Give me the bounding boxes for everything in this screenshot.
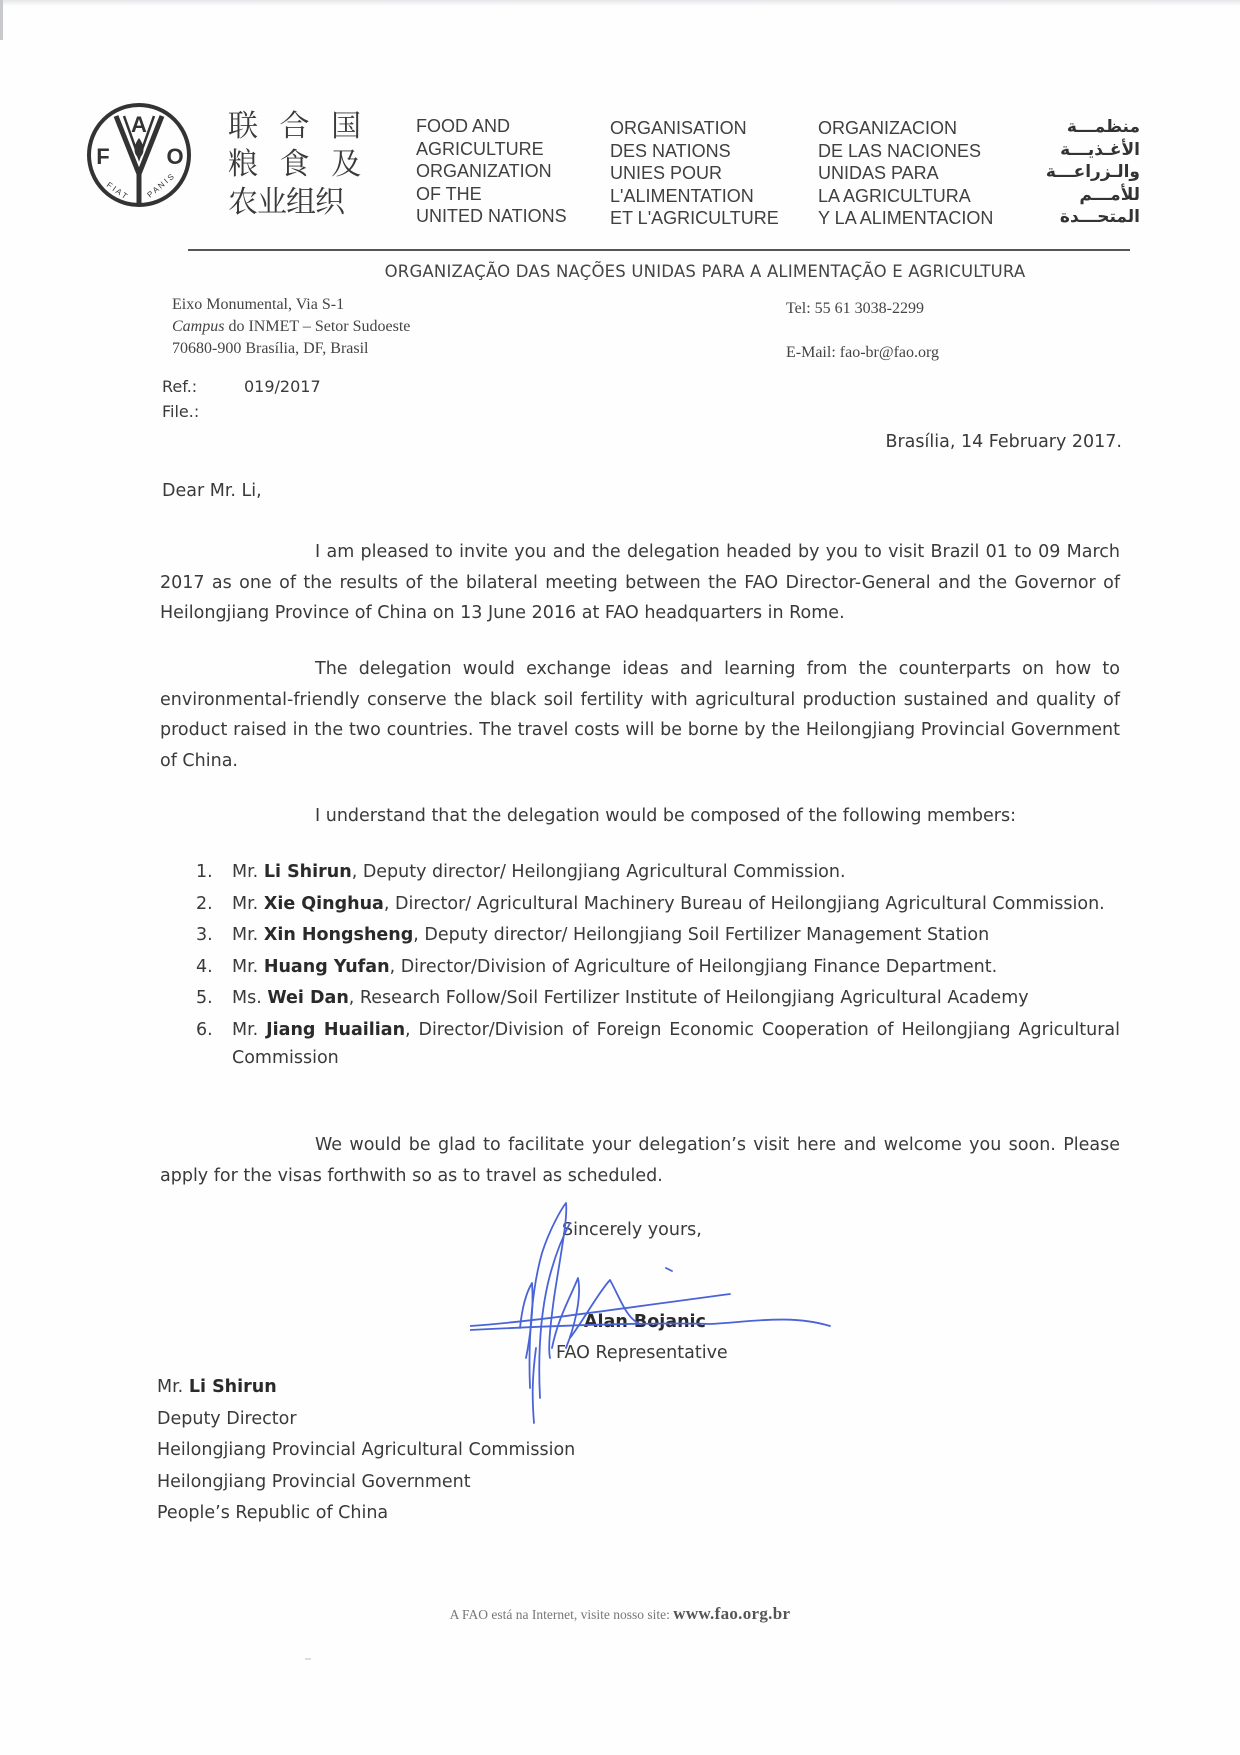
scan-edge-left — [0, 0, 3, 40]
fao-logo-icon: A F O F I A T P A N I S — [86, 102, 192, 208]
letter-footer: A FAO está na Internet, visite nosso sit… — [0, 1604, 1240, 1624]
website-link[interactable]: www.fao.org.br — [673, 1604, 790, 1623]
paragraph-purpose: The delegation would exchange ideas and … — [160, 654, 1120, 776]
salutation: Dear Mr. Li, — [162, 481, 262, 501]
ref-label: Ref.: — [162, 377, 197, 396]
ref-value: 019/2017 — [244, 374, 321, 399]
list-item: 1.Mr. Li Shirun, Deputy director/ Heilon… — [160, 858, 1120, 886]
paragraph-closing: We would be glad to facilitate your dele… — [160, 1130, 1120, 1191]
letter-date: Brasília, 14 February 2017. — [885, 432, 1122, 452]
member-name: Wei Dan — [267, 988, 348, 1008]
recipient-block: Mr. Li Shirun Deputy Director Heilongjia… — [157, 1372, 575, 1530]
letterhead-divider — [188, 249, 1130, 251]
office-phone: Tel: 55 61 3038-2299 — [786, 300, 924, 318]
delegation-member-list: 1.Mr. Li Shirun, Deputy director/ Heilon… — [160, 858, 1120, 1075]
svg-text:A: A — [131, 112, 147, 137]
member-name: Jiang Huailian — [266, 1020, 405, 1040]
org-name-english: FOOD AND AGRICULTURE ORGANIZATION OF THE… — [416, 115, 567, 228]
office-address: Eixo Monumental, Via S-1 Campus do INMET… — [172, 294, 410, 360]
scan-speck — [305, 1658, 311, 1660]
member-name: Xin Hongsheng — [264, 925, 413, 945]
office-email: E-Mail: fao-br@fao.org — [786, 344, 939, 362]
org-name-chinese: 联 合 国 粮 食 及 农业组织 — [228, 108, 367, 222]
list-item: 4.Mr. Huang Yufan, Director/Division of … — [160, 953, 1120, 981]
list-item: 6.Mr. Jiang Huailian, Director/Division … — [160, 1016, 1120, 1072]
campus-italic: Campus — [172, 318, 224, 335]
org-name-portuguese: ORGANIZAÇÃO DAS NAÇÕES UNIDAS PARA A ALI… — [0, 262, 1240, 281]
file-label: File.: — [162, 402, 199, 421]
reference-block: Ref.:019/2017 File.: — [162, 374, 199, 424]
svg-text:O: O — [166, 144, 183, 169]
paragraph-members-intro: I understand that the delegation would b… — [315, 801, 1115, 832]
list-item: 3.Mr. Xin Hongsheng, Deputy director/ He… — [160, 921, 1120, 949]
member-name: Huang Yufan — [264, 957, 390, 977]
svg-text:F: F — [96, 144, 109, 169]
letter-page: A F O F I A T P A N I S 联 合 国 粮 食 及 农业组织… — [0, 0, 1240, 1755]
org-name-french: ORGANISATION DES NATIONS UNIES POUR L'AL… — [610, 117, 779, 230]
scan-edge-top — [0, 0, 1240, 6]
paragraph-invitation: I am pleased to invite you and the deleg… — [160, 537, 1120, 629]
recipient-name: Li Shirun — [189, 1377, 277, 1397]
org-name-spanish: ORGANIZACION DE LAS NACIONES UNIDAS PARA… — [818, 117, 993, 230]
list-item: 2.Mr. Xie Qinghua, Director/ Agricultura… — [160, 890, 1120, 918]
member-name: Xie Qinghua — [264, 894, 384, 914]
member-name: Li Shirun — [264, 862, 352, 882]
org-name-arabic: منظمـــة الأغـذيـــة والـزراعـــة للأمــ… — [1030, 116, 1140, 229]
list-item: 5.Ms. Wei Dan, Research Follow/Soil Fert… — [160, 984, 1120, 1012]
